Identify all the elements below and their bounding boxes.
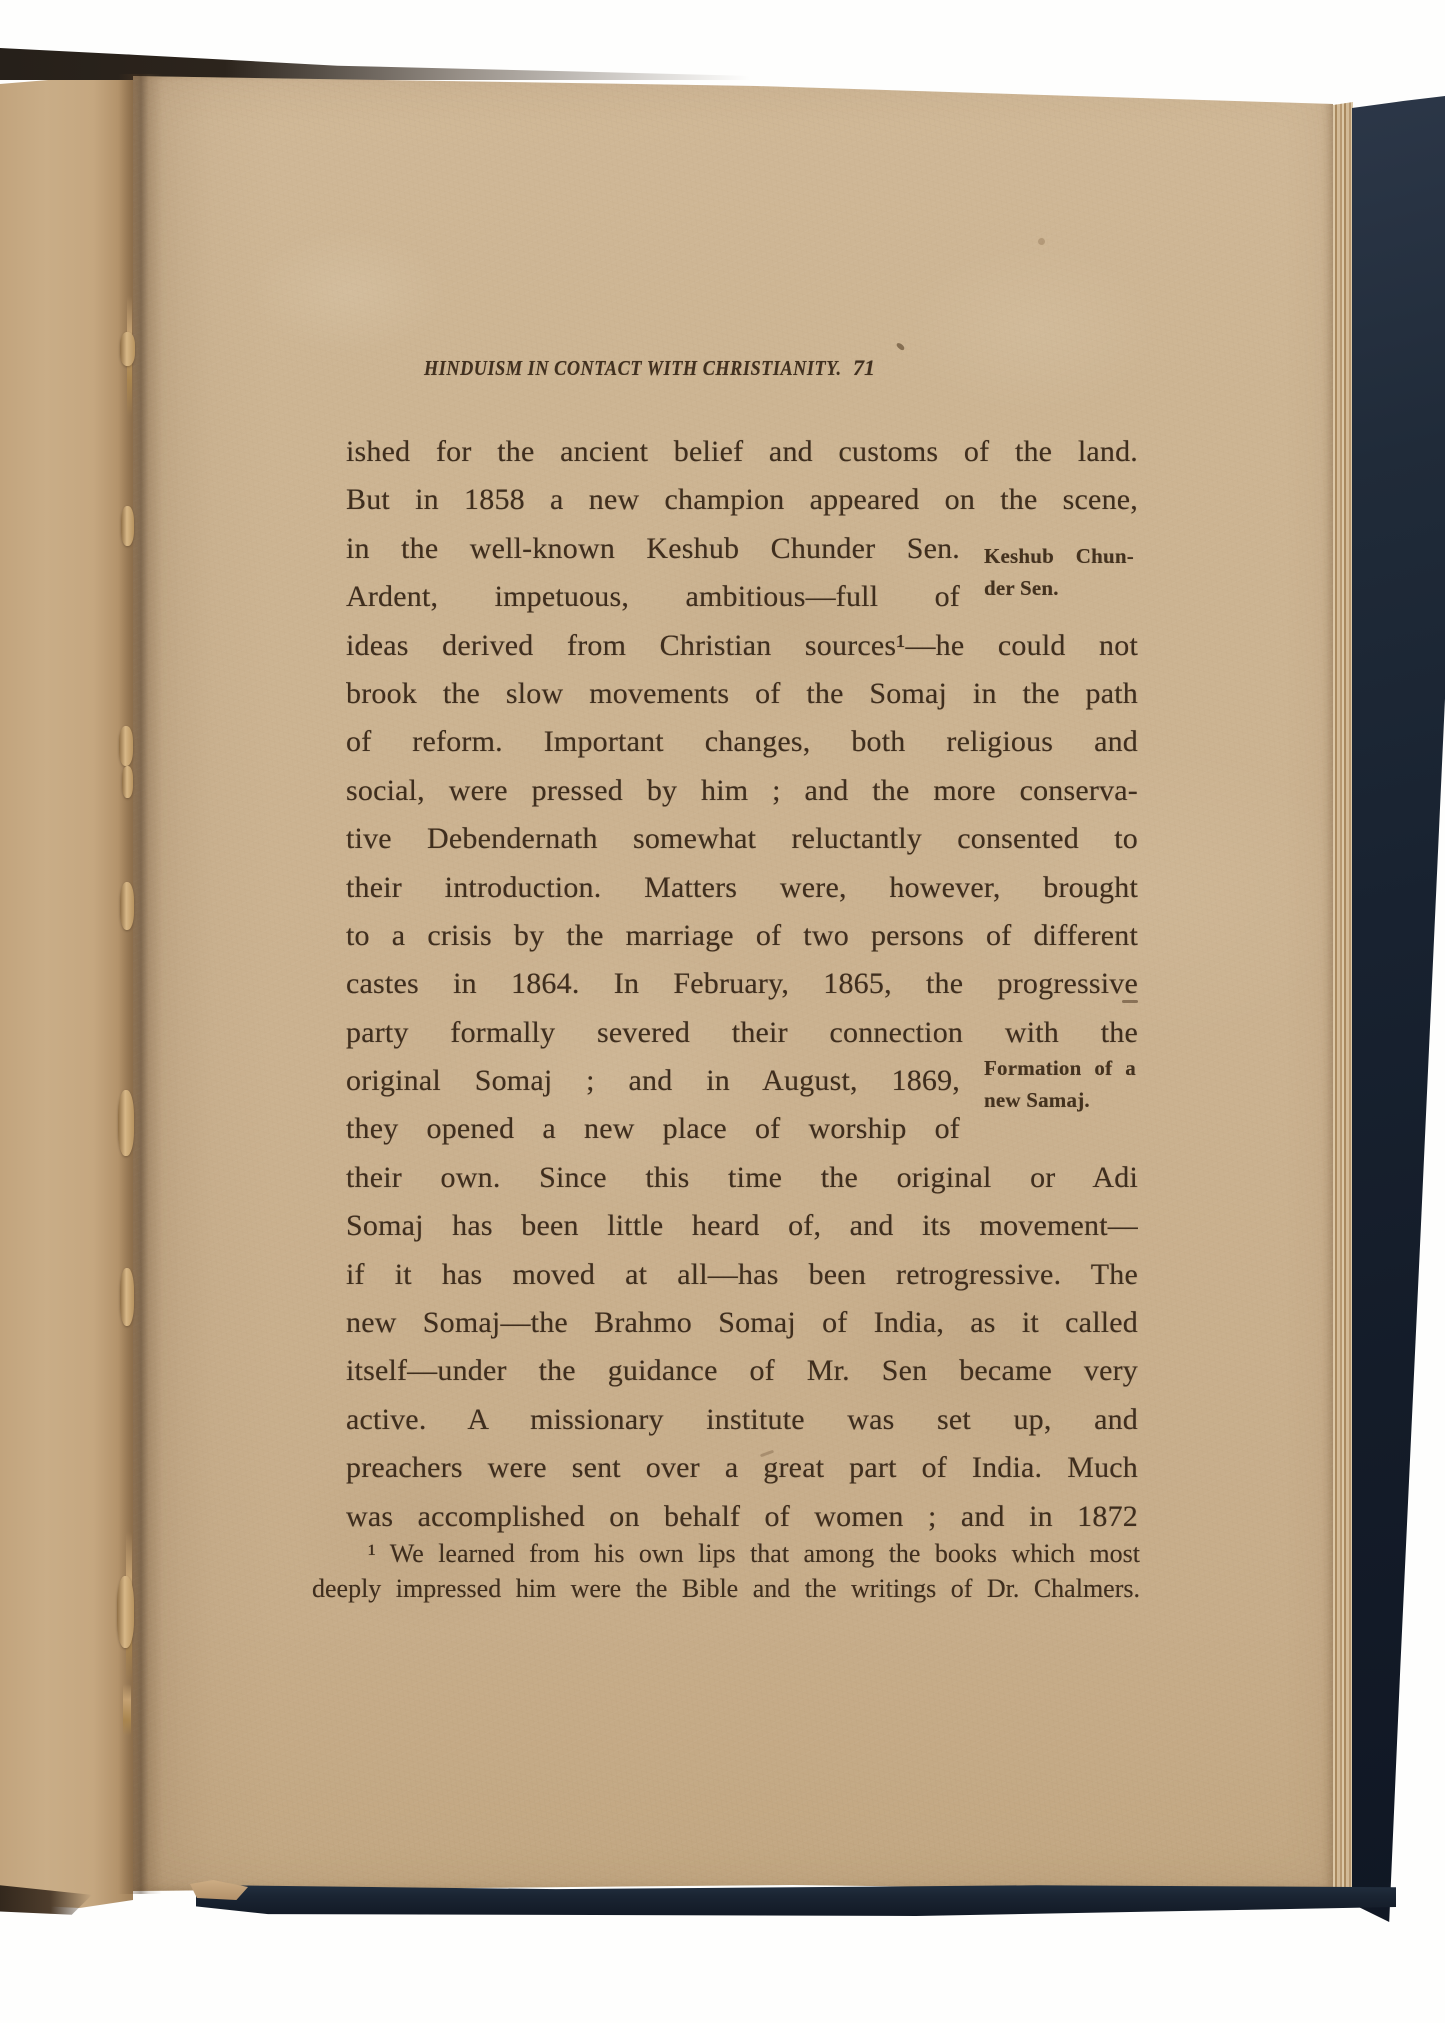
back-cover-edge <box>1352 96 1445 1922</box>
thread-stitch <box>117 1576 134 1648</box>
book-spine-top-edge <box>0 46 750 80</box>
thread-stitch <box>121 506 134 546</box>
footnote-line: deeply impressed him were the Bible and … <box>312 1571 1140 1606</box>
bottom-cover-edge <box>196 1884 1396 1916</box>
thread-stitch <box>119 726 133 766</box>
paper-speck <box>1038 238 1045 245</box>
body-line: they opened a new place of worship of <box>346 1105 960 1153</box>
body-line: active. A missionary institute was set u… <box>346 1396 1138 1444</box>
body-line: if it has moved at all—has been retrogre… <box>346 1251 1138 1299</box>
body-line: tive Debendernath somewhat reluctantly c… <box>346 815 1138 863</box>
book-photo: HINDUISM IN CONTACT WITH CHRISTIANITY. 7… <box>0 0 1445 2023</box>
body-line: of reform. Important changes, both relig… <box>346 718 1138 766</box>
body-line: Somaj has been little heard of, and its … <box>346 1202 1138 1250</box>
thread-stitch <box>120 332 135 366</box>
body-line: itself—under the guidance of Mr. Sen bec… <box>346 1347 1138 1395</box>
thread-stitch <box>122 766 133 798</box>
running-header: HINDUISM IN CONTACT WITH CHRISTIANITY. <box>424 356 842 381</box>
margin-note-formation-new-samaj: Formation of a new Samaj. <box>984 1052 1136 1116</box>
body-line: brook the slow movements of the Somaj in… <box>346 670 1138 718</box>
body-line: castes in 1864. In February, 1865, the p… <box>346 960 1138 1008</box>
body-line: new Somaj—the Brahmo Somaj of India, as … <box>346 1299 1138 1347</box>
thread-stitch <box>123 1684 131 1736</box>
margin-note-line: new Samaj. <box>984 1084 1136 1116</box>
body-line: Ardent, impetuous, ambitious—full of <box>346 573 960 621</box>
page-stack-edge <box>1333 102 1353 1894</box>
body-line: preachers were sent over a great part of… <box>346 1444 1138 1492</box>
thread-stitch <box>120 1268 134 1326</box>
margin-note-line: Formation of a <box>984 1052 1136 1084</box>
footnote: ¹ We learned from his own lips that amon… <box>312 1536 1140 1606</box>
margin-note-keshub-chunder-sen: Keshub Chun- der Sen. <box>984 540 1134 604</box>
body-line: was accomplished on behalf of women ; an… <box>346 1493 1138 1541</box>
body-line: to a crisis by the marriage of two perso… <box>346 912 1138 960</box>
left-page-edge <box>0 70 133 1912</box>
body-line: original Somaj ; and in August, 1869, <box>346 1057 960 1105</box>
body-line: ished for the ancient belief and customs… <box>346 428 1138 476</box>
body-line: But in 1858 a new champion appeared on t… <box>346 476 1138 524</box>
page-number: 71 <box>853 355 875 381</box>
body-line: in the well-known Keshub Chunder Sen. <box>346 525 960 573</box>
margin-note-line: der Sen. <box>984 572 1134 604</box>
body-line: ideas derived from Christian sources¹—he… <box>346 622 1138 670</box>
margin-note-line: Keshub Chun- <box>984 540 1134 572</box>
thread-stitch <box>118 1090 134 1156</box>
body-line: social, were pressed by him ; and the mo… <box>346 767 1138 815</box>
body-line: their introduction. Matters were, howeve… <box>346 864 1138 912</box>
body-line: their own. Since this time the original … <box>346 1154 1138 1202</box>
body-line: party formally severed their connection … <box>346 1009 1138 1057</box>
thread-stitch <box>120 882 134 930</box>
footnote-line: ¹ We learned from his own lips that amon… <box>312 1536 1140 1571</box>
